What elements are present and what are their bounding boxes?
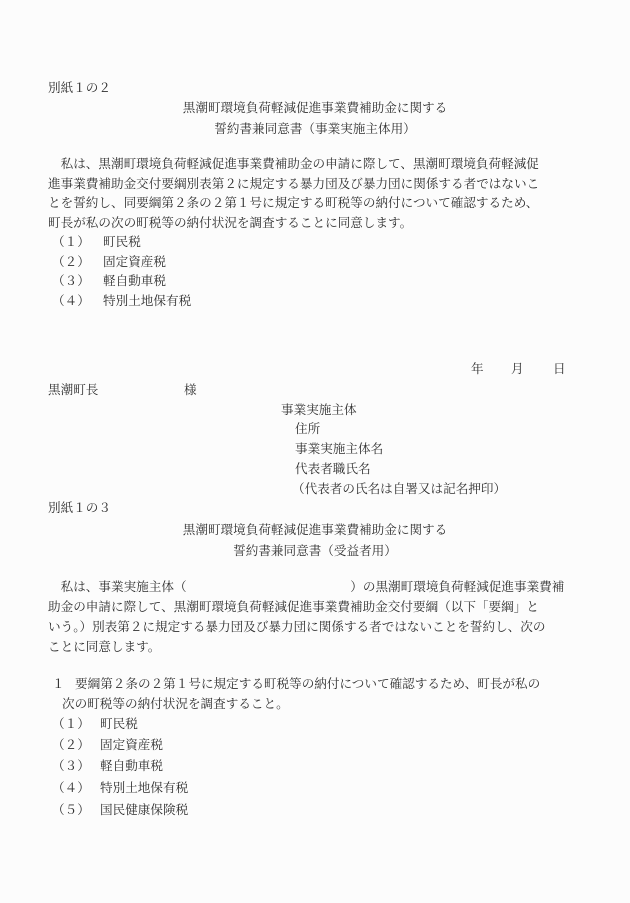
paragraph-line: 私は、事業実施主体（ ）の黒潮町環境負荷軽減促進事業費補 (48, 579, 564, 595)
date-year-label: 年 (471, 361, 484, 377)
tax-item-number: （２） (52, 254, 90, 270)
tax-item-label: 町民税 (103, 234, 141, 250)
paragraph-line: 助金の申請に際して、黒潮町環境負荷軽減促進事業費補助金交付要綱（以下「要綱」と (48, 599, 539, 615)
tax-item-label: 軽自動車税 (103, 273, 166, 289)
clause-number: １ (52, 676, 65, 692)
paragraph-line: とを誓約し、同要綱第２条の２第１号に規定する町税等の納付について確認するため、 (48, 195, 538, 211)
clause-text-line-1: 要綱第２条の２第１号に規定する町税等の納付について確認するため、町長が私の (75, 676, 540, 692)
paragraph-line: 私は、黒潮町環境負荷軽減促進事業費補助金の申請に際して、黒潮町環境負荷軽減促 (48, 156, 539, 172)
date-month-label: 月 (511, 361, 524, 377)
signer-representative-label: 代表者職氏名 (295, 461, 371, 477)
tax-item-number: （１） (52, 234, 90, 250)
signer-entity-name-label: 事業実施主体名 (295, 441, 383, 457)
tax-item-number: （５） (52, 802, 90, 818)
form-1-title-line-1: 黒潮町環境負荷軽減促進事業費補助金に関する (0, 100, 630, 116)
date-day-label: 日 (553, 361, 566, 377)
signer-heading: 事業実施主体 (281, 402, 357, 418)
clause-text-line-2: 次の町税等の納付状況を調査すること。 (62, 696, 289, 712)
tax-item-number: （４） (52, 780, 90, 796)
paragraph-line: 進事業費補助金交付要綱別表第２に規定する暴力団及び暴力団に関係する者ではないこ (48, 176, 539, 192)
tax-item-number: （３） (52, 758, 90, 774)
form-2-title-line-2: 誓約書兼同意書（受益者用） (0, 543, 630, 559)
tax-item-label: 町民税 (100, 716, 138, 732)
signer-address-label: 住所 (295, 421, 320, 437)
form-1-title-line-2: 誓約書兼同意書（事業実施主体用） (0, 121, 630, 137)
tax-item-label: 国民健康保険税 (100, 802, 188, 818)
paragraph-line: ことに同意します。 (48, 639, 160, 655)
form-1-label: 別紙１の２ (48, 80, 111, 96)
tax-item-label: 特別土地保有税 (103, 293, 191, 309)
addressee-name: 黒潮町長 (48, 382, 98, 398)
form-2-title-line-1: 黒潮町環境負荷軽減促進事業費補助金に関する (0, 522, 630, 538)
tax-item-label: 軽自動車税 (100, 758, 163, 774)
form-2-label: 別紙１の３ (48, 500, 111, 516)
tax-item-number: （３） (52, 273, 90, 289)
tax-item-number: （１） (52, 716, 90, 732)
tax-item-label: 固定資産税 (100, 737, 163, 753)
tax-item-number: （２） (52, 737, 90, 753)
addressee-honorific: 様 (184, 382, 197, 398)
tax-item-label: 特別土地保有税 (100, 780, 188, 796)
tax-item-number: （４） (52, 293, 90, 309)
paragraph-line: 町長が私の次の町税等の納付状況を調査することに同意します。 (48, 215, 412, 231)
signer-signature-note: （代表者の氏名は自署又は記名押印） (292, 481, 506, 497)
tax-item-label: 固定資産税 (103, 254, 166, 270)
paragraph-line: いう。）別表第２に規定する暴力団及び暴力団に関係する者ではないことを誓約し、次の (48, 619, 545, 635)
